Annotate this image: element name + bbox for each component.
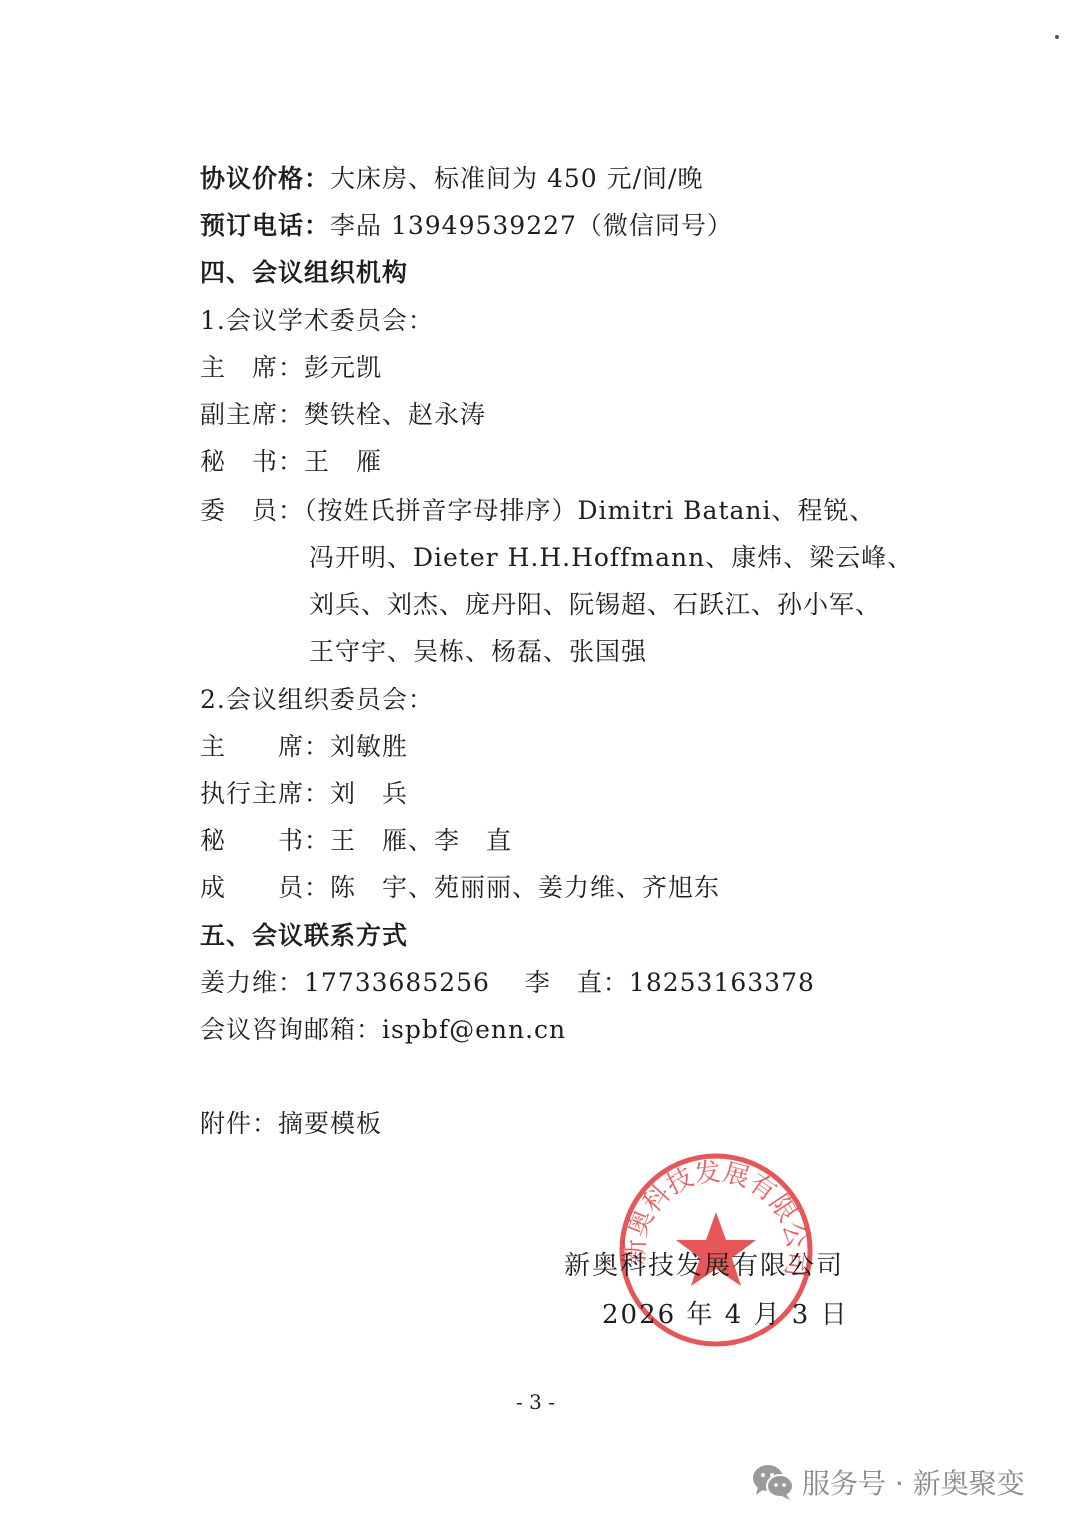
attachment-note: 附件：摘要模板 bbox=[200, 1107, 382, 1141]
booking-label: 预订电话： bbox=[200, 211, 330, 240]
organizing-members: 成 员：陈 宇、苑丽丽、姜力维、齐旭东 bbox=[200, 871, 720, 905]
price-line: 协议价格：大床房、标准间为 450 元/间/晚 bbox=[200, 162, 703, 196]
signature-date: 2026 年 4 月 3 日 bbox=[602, 1298, 849, 1332]
booking-value: 李品 13949539227（微信同号） bbox=[330, 211, 733, 240]
organizing-chair: 主 席：刘敏胜 bbox=[200, 730, 408, 764]
organizing-secretary: 秘 书：王 雁、李 直 bbox=[200, 824, 512, 858]
signature-organization: 新奥科技发展有限公司 bbox=[564, 1249, 844, 1283]
price-label: 协议价格： bbox=[200, 164, 330, 193]
academic-members-line4: 王守宇、吴栋、杨磊、张国强 bbox=[309, 635, 647, 669]
price-value: 大床房、标准间为 450 元/间/晚 bbox=[330, 164, 703, 193]
section5-heading: 五、会议联系方式 bbox=[200, 919, 408, 953]
academic-vice-chair: 副主席：樊铁栓、赵永涛 bbox=[200, 398, 486, 432]
organizing-exec-chair: 执行主席：刘 兵 bbox=[200, 777, 408, 811]
contact-email: 会议咨询邮箱：ispbf@enn.cn bbox=[200, 1013, 566, 1047]
page-number: - 3 - bbox=[516, 1390, 555, 1414]
watermark: 服务号 · 新奥聚变 bbox=[752, 1462, 1025, 1502]
contact-phones: 姜力维：17733685256 李 直：18253163378 bbox=[200, 966, 815, 1000]
academic-chair: 主 席：彭元凯 bbox=[200, 351, 382, 385]
academic-secretary: 秘 书：王 雁 bbox=[200, 445, 382, 479]
watermark-text: 服务号 · 新奥聚变 bbox=[802, 1462, 1025, 1502]
academic-committee-title: 1.会议学术委员会： bbox=[200, 304, 434, 338]
academic-members-line1: 委 员：（按姓氏拼音字母排序）Dimitri Batani、程锐、 bbox=[200, 494, 876, 528]
scan-speck bbox=[1055, 35, 1059, 39]
academic-members-line3: 刘兵、刘杰、庞丹阳、阮锡超、石跃江、孙小军、 bbox=[309, 588, 881, 622]
academic-members-line2: 冯开明、Dieter H.H.Hoffmann、康炜、梁云峰、 bbox=[309, 541, 913, 575]
booking-line: 预订电话：李品 13949539227（微信同号） bbox=[200, 209, 733, 243]
organizing-committee-title: 2.会议组织委员会： bbox=[200, 683, 434, 717]
wechat-icon bbox=[752, 1463, 794, 1501]
section4-heading: 四、会议组织机构 bbox=[200, 256, 408, 290]
